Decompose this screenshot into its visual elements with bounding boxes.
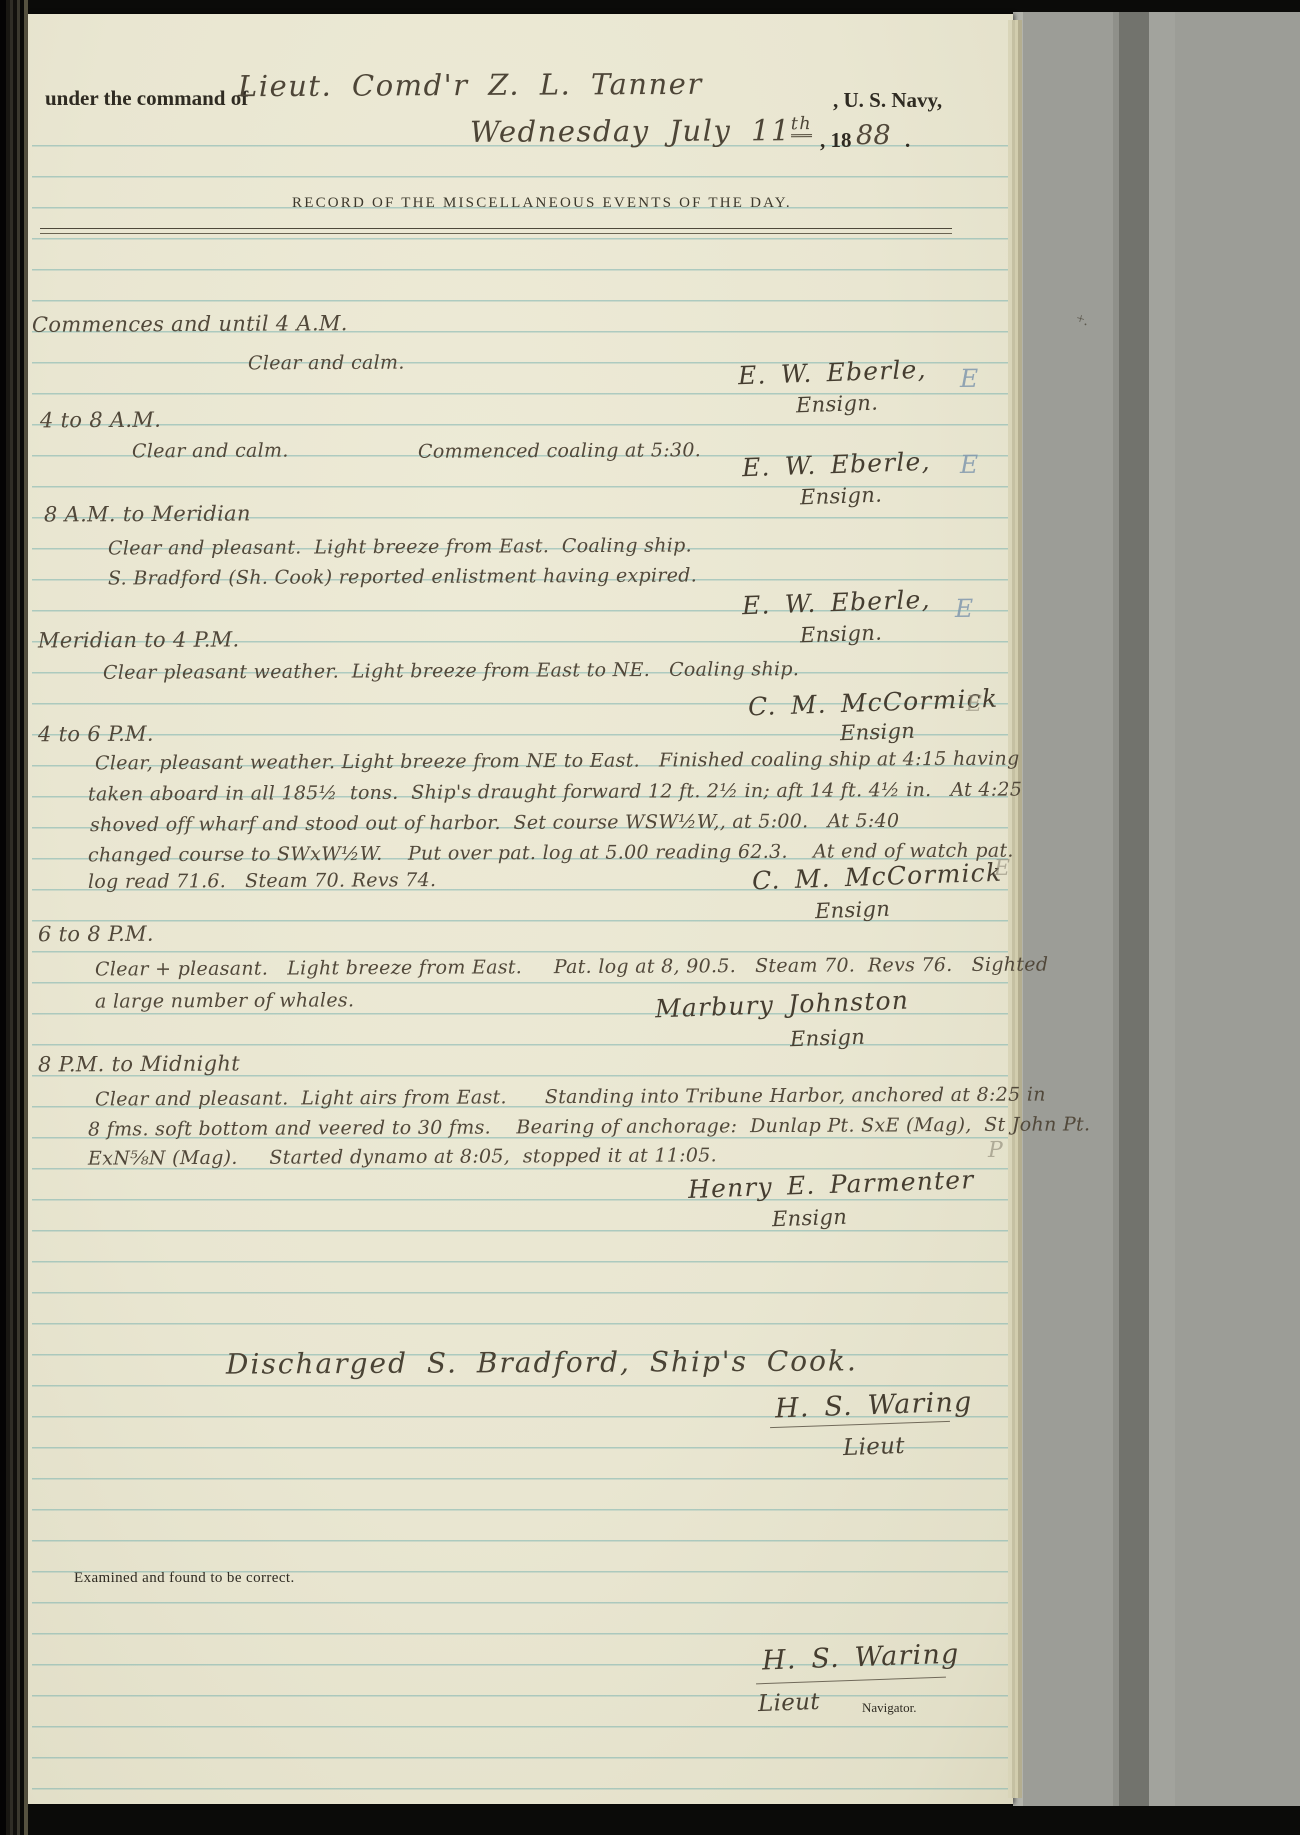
signature-rank: Ensign [790, 1025, 866, 1052]
entry-line: log read 71.6. Steam 70. Revs 74. [88, 869, 436, 893]
margin-mark: E [994, 856, 1011, 881]
date-script: Wednesday July 11th [470, 113, 812, 149]
signature-rank: Ensign. [796, 391, 879, 418]
entry-heading: Commences and until 4 A.M. [32, 311, 348, 337]
signature-rank: Ensign. [800, 483, 883, 510]
signature-rank: Ensign. [800, 621, 883, 648]
entry-heading: Meridian to 4 P.M. [38, 627, 240, 652]
margin-mark: P [988, 1138, 1003, 1163]
entry-line: Clear and pleasant. Light breeze from Ea… [108, 534, 692, 559]
entry-heading: 6 to 8 P.M. [38, 922, 154, 947]
entry-line: Clear pleasant weather. Light breeze fro… [103, 658, 799, 684]
entry-line: ExN⅝N (Mag). Started dynamo at 8:05, sto… [88, 1144, 717, 1169]
entry-line: S. Bradford (Sh. Cook) reported enlistme… [108, 564, 697, 589]
entry-heading: 4 to 8 A.M. [40, 408, 161, 433]
backing-page [1013, 12, 1300, 1806]
header-divider [40, 228, 952, 234]
printed-period: . [905, 128, 910, 153]
discharge-note: Discharged S. Bradford, Ship's Cook. [226, 1344, 858, 1380]
entry-line: shoved off wharf and stood out of harbor… [90, 810, 899, 836]
entry-heading: 8 P.M. to Midnight [38, 1051, 240, 1076]
date-ordinal: th [791, 114, 812, 137]
examined-statement: Examined and found to be correct. [74, 1570, 295, 1587]
signature-rank: Lieut [758, 1689, 821, 1717]
entry-heading: 8 A.M. to Meridian [44, 501, 251, 526]
entry-line: a large number of whales. [95, 989, 354, 1012]
entry-heading: 4 to 6 P.M. [38, 722, 154, 747]
logbook-photo: under the command of Lieut. Comd'r Z. L.… [0, 0, 1300, 1835]
page-title: RECORD OF THE MISCELLANEOUS EVENTS OF TH… [292, 195, 792, 212]
printed-year-prefix: , 18 [820, 128, 852, 153]
signature-rank: Ensign [815, 897, 891, 924]
printed-us-navy: , U. S. Navy, [833, 88, 942, 113]
signature-rank: Lieut [843, 1433, 906, 1461]
book-gutter [0, 0, 28, 1835]
page-edge-stack [1008, 20, 1022, 1798]
margin-mark: E [966, 692, 983, 717]
printed-navigator-label: Navigator. [862, 1700, 917, 1716]
entry-line: Clear and calm. [248, 352, 405, 375]
entry-line: Clear and calm. [132, 440, 289, 463]
entry-line: Commenced coaling at 5:30. [418, 439, 701, 462]
commander-signature: Lieut. Comd'r Z. L. Tanner [238, 67, 703, 103]
margin-mark: E [960, 450, 979, 479]
year-handwritten: 88 [856, 120, 891, 151]
signature-rank: Ensign [840, 719, 916, 746]
margin-mark: E [955, 594, 974, 623]
signature-rank: Ensign [772, 1205, 848, 1232]
margin-mark: E [960, 364, 979, 393]
printed-command-prefix: under the command of [45, 86, 248, 111]
